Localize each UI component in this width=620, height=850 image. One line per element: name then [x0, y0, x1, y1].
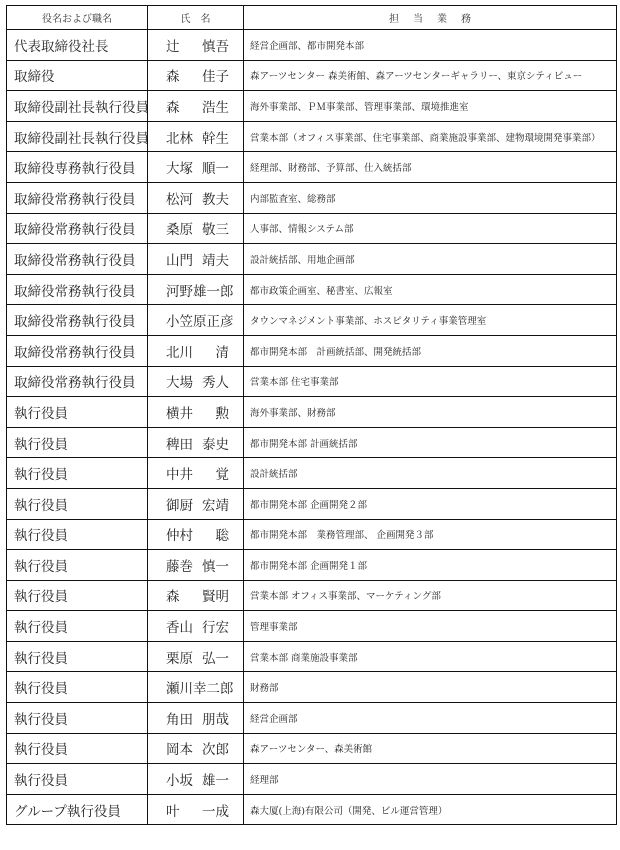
officer-title: 執行役員: [7, 427, 148, 458]
officer-given-name: 勲: [216, 402, 230, 422]
officer-family-name: 角田: [166, 708, 193, 728]
officer-duties: 都市開発本部 業務管理部、 企画開発３部: [244, 519, 617, 550]
table-row: 執行役員 小坂 雄一 経理部: [7, 764, 617, 795]
officer-title: 執行役員: [7, 550, 148, 581]
officer-duties: 営業本部 オフィス事業部、マーケティング部: [244, 580, 617, 611]
header-duties: 担当業務: [244, 6, 617, 30]
officer-given-name: 賢明: [202, 585, 229, 605]
officer-duties: 経理部、財務部、予算部、仕入統括部: [244, 152, 617, 183]
officer-family-name: 松河: [166, 188, 193, 208]
officer-family-name: 仲村: [166, 524, 193, 544]
officer-duties: 財務部: [244, 672, 617, 703]
officer-title: 執行役員: [7, 733, 148, 764]
officer-given-name: 覚: [216, 463, 230, 483]
officer-duties: 都市開発本部 計画統括部、開発統括部: [244, 335, 617, 366]
table-row: 執行役員 岡本 次郎 森アーツセンター、森美術館: [7, 733, 617, 764]
officer-family-name: 横井: [166, 402, 193, 422]
officer-duties: 森大厦(上海)有限公司（開発、ビル運営管理）: [244, 794, 617, 825]
officers-table: 役名および職名 氏名 担当業務 代表取締役社長 辻 慎吾 経営企画部、都市開発本…: [6, 5, 617, 825]
officer-family-name: 辻: [166, 35, 180, 55]
table-row: 執行役員 横井 勲 海外事業部、財務部: [7, 397, 617, 428]
officer-given-name: 敬三: [202, 218, 229, 238]
officer-name: 仲村 聡: [148, 519, 244, 550]
officer-name: 稗田 泰史: [148, 427, 244, 458]
table-row: 取締役常務執行役員 松河 教夫 内部監査室、総務部: [7, 182, 617, 213]
officer-family-name: 瀬川幸二郎: [166, 677, 234, 697]
officer-given-name: 秀人: [202, 371, 229, 391]
officer-duties: 都市政策企画室、秘書室、広報室: [244, 274, 617, 305]
officer-family-name: 大塚: [166, 157, 193, 177]
officer-title: 取締役常務執行役員: [7, 305, 148, 336]
officer-title: 執行役員: [7, 580, 148, 611]
officer-duties: 森アーツセンター、森美術館: [244, 733, 617, 764]
officer-family-name: 藤巻: [166, 555, 193, 575]
officer-title: 取締役常務執行役員: [7, 335, 148, 366]
officer-name: 小坂 雄一: [148, 764, 244, 795]
officer-family-name: 稗田: [166, 433, 193, 453]
officer-title: 取締役常務執行役員: [7, 366, 148, 397]
officer-name: 松河 教夫: [148, 182, 244, 213]
officer-given-name: 清: [216, 341, 230, 361]
officer-duties: 営業本部 住宅事業部: [244, 366, 617, 397]
officer-duties: 都市開発本部 企画開発１部: [244, 550, 617, 581]
officer-duties: 営業本部 商業施設事業部: [244, 641, 617, 672]
officer-name: 藤巻 慎一: [148, 550, 244, 581]
officer-duties: 経理部: [244, 764, 617, 795]
officer-family-name: 北林: [166, 127, 193, 147]
table-row: 代表取締役社長 辻 慎吾 経営企画部、都市開発本部: [7, 30, 617, 61]
officer-given-name: 弘一: [202, 647, 229, 667]
officer-name: 大塚 順一: [148, 152, 244, 183]
officer-title: 取締役常務執行役員: [7, 182, 148, 213]
officer-given-name: 順一: [202, 157, 229, 177]
officer-given-name: 佳子: [202, 65, 229, 85]
officer-given-name: 慎吾: [202, 35, 229, 55]
table-row: 取締役常務執行役員 小笠原正彦 タウンマネジメント事業部、ホスピタリティ事業管理…: [7, 305, 617, 336]
officer-name: 北川 清: [148, 335, 244, 366]
table-row: 執行役員 仲村 聡 都市開発本部 業務管理部、 企画開発３部: [7, 519, 617, 550]
officer-name: 叶 一成: [148, 794, 244, 825]
officer-given-name: 幹生: [202, 127, 229, 147]
officer-family-name: 御厨: [166, 494, 193, 514]
header-name: 氏名: [148, 6, 244, 30]
officer-family-name: 森: [166, 96, 180, 116]
officer-given-name: 泰史: [202, 433, 229, 453]
table-row: 取締役専務執行役員 大塚 順一 経理部、財務部、予算部、仕入統括部: [7, 152, 617, 183]
officer-name: 御厨 宏靖: [148, 488, 244, 519]
table-row: 取締役常務執行役員 山門 靖夫 設計統括部、用地企画部: [7, 244, 617, 275]
officer-title: 取締役専務執行役員: [7, 152, 148, 183]
officer-given-name: 聡: [216, 524, 230, 544]
officer-family-name: 栗原: [166, 647, 193, 667]
officer-family-name: 小笠原正彦: [166, 310, 234, 330]
officer-family-name: 森: [166, 65, 180, 85]
officer-title: 執行役員: [7, 488, 148, 519]
table-row: 取締役副社長執行役員 森 浩生 海外事業部、ＰＭ事業部、管理事業部、環境推進室: [7, 91, 617, 122]
officer-title: 取締役常務執行役員: [7, 274, 148, 305]
officer-family-name: 森: [166, 585, 180, 605]
officer-name: 山門 靖夫: [148, 244, 244, 275]
officer-duties: 営業本部（オフィス事業部、住宅事業部、商業施設事業部、建物環境開発事業部）: [244, 121, 617, 152]
table-row: 取締役常務執行役員 北川 清 都市開発本部 計画統括部、開発統括部: [7, 335, 617, 366]
officer-family-name: 香山: [166, 616, 193, 636]
officer-name: 桑原 敬三: [148, 213, 244, 244]
officer-name: 横井 勲: [148, 397, 244, 428]
officer-family-name: 叶: [166, 800, 180, 820]
table-row: 取締役常務執行役員 大場 秀人 営業本部 住宅事業部: [7, 366, 617, 397]
officer-family-name: 岡本: [166, 738, 193, 758]
officer-given-name: 朋哉: [202, 708, 229, 728]
officer-name: 中井 覚: [148, 458, 244, 489]
officer-duties: 設計統括部、用地企画部: [244, 244, 617, 275]
officer-duties: 人事部、情報システム部: [244, 213, 617, 244]
officer-given-name: 行宏: [202, 616, 229, 636]
officer-family-name: 河野雄一郎: [166, 280, 234, 300]
officer-name: 河野雄一郎: [148, 274, 244, 305]
officer-given-name: 一成: [202, 800, 229, 820]
officer-title: 執行役員: [7, 397, 148, 428]
officer-duties: 都市開発本部 計画統括部: [244, 427, 617, 458]
table-row: 執行役員 香山 行宏 管理事業部: [7, 611, 617, 642]
officer-given-name: 次郎: [202, 738, 229, 758]
table-row: 執行役員 栗原 弘一 営業本部 商業施設事業部: [7, 641, 617, 672]
officer-name: 森 浩生: [148, 91, 244, 122]
officer-name: 角田 朋哉: [148, 703, 244, 734]
officer-title: 執行役員: [7, 703, 148, 734]
officer-duties: 管理事業部: [244, 611, 617, 642]
officer-family-name: 北川: [166, 341, 193, 361]
officer-duties: 都市開発本部 企画開発２部: [244, 488, 617, 519]
officer-given-name: 宏靖: [202, 494, 229, 514]
header-title: 役名および職名: [7, 6, 148, 30]
officer-title: 執行役員: [7, 641, 148, 672]
officer-title: 執行役員: [7, 519, 148, 550]
officer-duties: タウンマネジメント事業部、ホスピタリティ事業管理室: [244, 305, 617, 336]
officer-title: 取締役常務執行役員: [7, 213, 148, 244]
officer-title: 執行役員: [7, 458, 148, 489]
table-row: 取締役常務執行役員 桑原 敬三 人事部、情報システム部: [7, 213, 617, 244]
officer-name: 辻 慎吾: [148, 30, 244, 61]
officer-name: 北林 幹生: [148, 121, 244, 152]
officer-title: 代表取締役社長: [7, 30, 148, 61]
table-row: 執行役員 稗田 泰史 都市開発本部 計画統括部: [7, 427, 617, 458]
officer-title: 執行役員: [7, 611, 148, 642]
officer-given-name: 靖夫: [202, 249, 229, 269]
officer-title: 取締役: [7, 60, 148, 91]
officer-name: 瀬川幸二郎: [148, 672, 244, 703]
table-header-row: 役名および職名 氏名 担当業務: [7, 6, 617, 30]
table-row: 執行役員 藤巻 慎一 都市開発本部 企画開発１部: [7, 550, 617, 581]
officer-family-name: 中井: [166, 463, 193, 483]
officer-title: 執行役員: [7, 764, 148, 795]
officer-duties: 森アーツセンター 森美術館、森アーツセンターギャラリー、東京シティビュー: [244, 60, 617, 91]
officer-name: 森 佳子: [148, 60, 244, 91]
table-row: 執行役員 中井 覚 設計統括部: [7, 458, 617, 489]
table-row: 執行役員 角田 朋哉 経営企画部: [7, 703, 617, 734]
officer-title: 取締役常務執行役員: [7, 244, 148, 275]
table-row: 執行役員 森 賢明 営業本部 オフィス事業部、マーケティング部: [7, 580, 617, 611]
officer-title: 取締役副社長執行役員: [7, 91, 148, 122]
officer-duties: 内部監査室、総務部: [244, 182, 617, 213]
officer-title: グループ執行役員: [7, 794, 148, 825]
officer-duties: 経営企画部: [244, 703, 617, 734]
table-row: 執行役員 瀬川幸二郎 財務部: [7, 672, 617, 703]
officer-title: 執行役員: [7, 672, 148, 703]
table-row: 取締役副社長執行役員 北林 幹生 営業本部（オフィス事業部、住宅事業部、商業施設…: [7, 121, 617, 152]
officer-name: 岡本 次郎: [148, 733, 244, 764]
officer-name: 小笠原正彦: [148, 305, 244, 336]
officer-given-name: 雄一: [202, 769, 229, 789]
officer-duties: 設計統括部: [244, 458, 617, 489]
officer-title: 取締役副社長執行役員: [7, 121, 148, 152]
table-body: 代表取締役社長 辻 慎吾 経営企画部、都市開発本部 取締役 森 佳子 森アーツセ…: [7, 30, 617, 825]
officer-duties: 経営企画部、都市開発本部: [244, 30, 617, 61]
officer-given-name: 浩生: [202, 96, 229, 116]
officer-given-name: 教夫: [202, 188, 229, 208]
officer-name: 大場 秀人: [148, 366, 244, 397]
table-row: グループ執行役員 叶 一成 森大厦(上海)有限公司（開発、ビル運営管理）: [7, 794, 617, 825]
table-row: 取締役常務執行役員 河野雄一郎 都市政策企画室、秘書室、広報室: [7, 274, 617, 305]
officer-name: 森 賢明: [148, 580, 244, 611]
officer-given-name: 慎一: [202, 555, 229, 575]
officer-duties: 海外事業部、ＰＭ事業部、管理事業部、環境推進室: [244, 91, 617, 122]
table-row: 執行役員 御厨 宏靖 都市開発本部 企画開発２部: [7, 488, 617, 519]
officer-family-name: 山門: [166, 249, 193, 269]
officer-name: 栗原 弘一: [148, 641, 244, 672]
officer-family-name: 大場: [166, 371, 193, 391]
officer-duties: 海外事業部、財務部: [244, 397, 617, 428]
officer-family-name: 小坂: [166, 769, 193, 789]
table-row: 取締役 森 佳子 森アーツセンター 森美術館、森アーツセンターギャラリー、東京シ…: [7, 60, 617, 91]
officer-family-name: 桑原: [166, 218, 193, 238]
officer-name: 香山 行宏: [148, 611, 244, 642]
